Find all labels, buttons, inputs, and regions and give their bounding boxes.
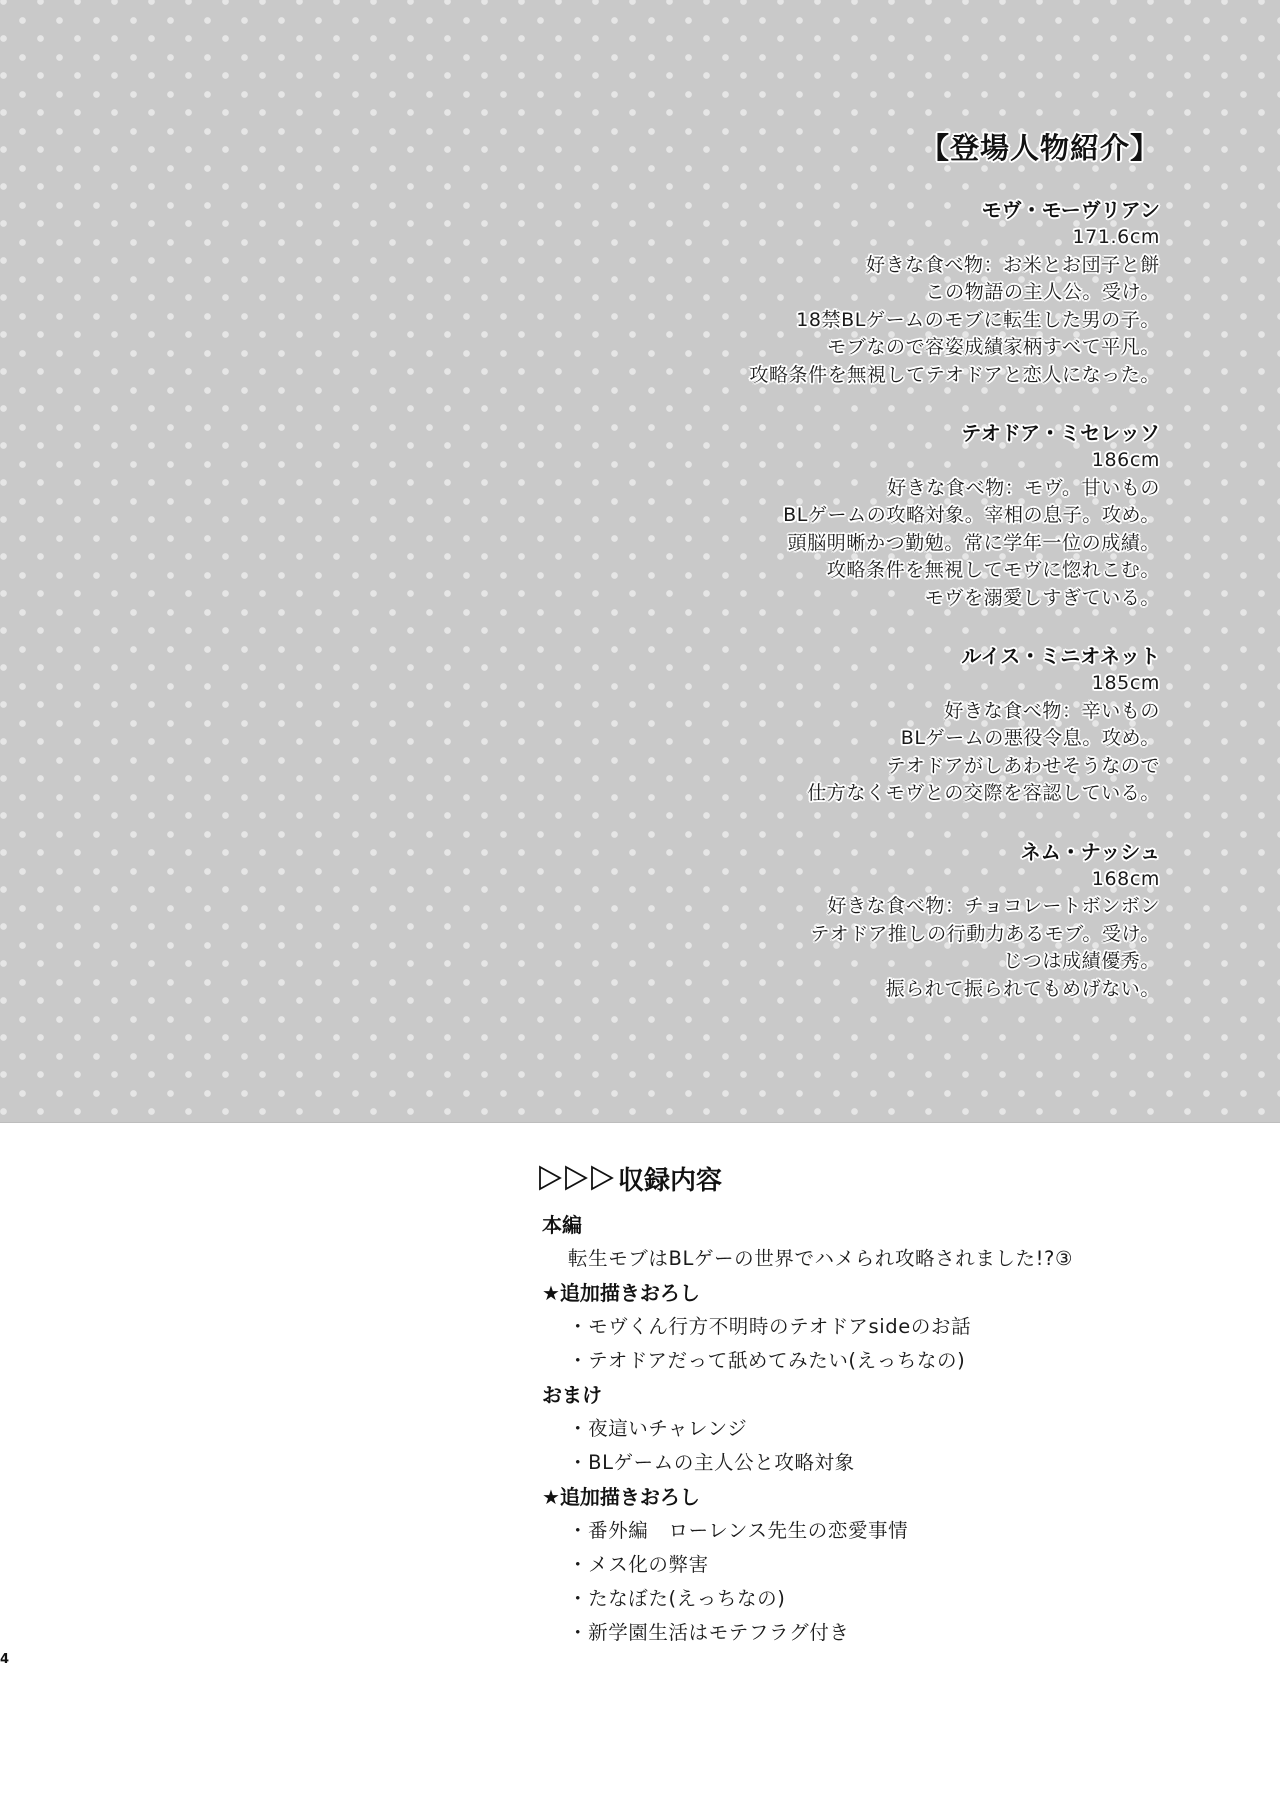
section-label: 本編	[542, 1208, 1073, 1242]
contents-item: ・メス化の弊害	[568, 1548, 1073, 1582]
contents-heading: 収録内容	[538, 1158, 1073, 1198]
character-description-line: 好きな食べ物：チョコレートボンボン	[749, 893, 1160, 921]
character-description-line: 攻略条件を無視してテオドアと恋人になった。	[749, 362, 1160, 390]
character-description-line: BLゲームの悪役令息。攻め。	[749, 725, 1160, 753]
character-description-line: BLゲームの攻略対象。宰相の息子。攻め。	[749, 502, 1160, 530]
contents-title: 収録内容	[618, 1160, 722, 1197]
section-label: おまけ	[542, 1378, 1073, 1412]
character-description-line: じつは成績優秀。	[749, 948, 1160, 976]
character-description-line: 攻略条件を無視してモヴに惚れこむ。	[749, 557, 1160, 585]
right-triangle-icon	[564, 1165, 588, 1191]
character-description-line: モヴを溺愛しすぎている。	[749, 585, 1160, 613]
contents-section-extra-1: ★追加描きおろし ・モヴくん行方不明時のテオドアsideのお話 ・テオドアだって…	[538, 1276, 1073, 1378]
contents-item: ・BLゲームの主人公と攻略対象	[568, 1446, 1073, 1480]
character-name: テオドア・ミセレッソ	[749, 419, 1160, 447]
character-height: 185cm	[749, 670, 1160, 698]
character-nem: ネム・ナッシュ 168cm 好きな食べ物：チョコレートボンボン テオドア推しの行…	[749, 838, 1160, 1004]
character-description-line: テオドアがしあわせそうなので	[749, 753, 1160, 781]
character-description-line: 好きな食べ物：お米とお団子と餅	[749, 252, 1160, 280]
character-description-line: 頭脳明晰かつ勤勉。常に学年一位の成績。	[749, 530, 1160, 558]
section-label: ★追加描きおろし	[542, 1276, 1073, 1310]
characters-heading: 【登場人物紹介】	[749, 128, 1160, 168]
character-description-line: 振られて振られてもめげない。	[749, 976, 1160, 1004]
table-of-contents: 収録内容 本編 転生モブはBLゲーの世界でハメられ攻略されました!?③ ★追加描…	[538, 1158, 1073, 1650]
right-triangle-icon	[590, 1165, 614, 1191]
contents-section-main: 本編 転生モブはBLゲーの世界でハメられ攻略されました!?③	[538, 1208, 1073, 1276]
character-height: 168cm	[749, 866, 1160, 894]
character-description-line: 18禁BLゲームのモブに転生した男の子。	[749, 307, 1160, 335]
character-introductions: 【登場人物紹介】 モヴ・モーヴリアン 171.6cm 好きな食べ物：お米とお団子…	[749, 128, 1160, 1033]
page-number: 4	[0, 1652, 9, 1667]
character-name: ルイス・ミニオネット	[749, 642, 1160, 670]
character-description-line: テオドア推しの行動力あるモブ。受け。	[749, 921, 1160, 949]
section-label: ★追加描きおろし	[542, 1480, 1073, 1514]
contents-item: ・新学園生活はモテフラグ付き	[568, 1616, 1073, 1650]
character-name: ネム・ナッシュ	[749, 838, 1160, 866]
contents-item: ・番外編 ローレンス先生の恋愛事情	[568, 1514, 1073, 1548]
right-triangle-icon	[538, 1165, 562, 1191]
character-name: モヴ・モーヴリアン	[749, 196, 1160, 224]
character-description-line: 好きな食べ物：モヴ。甘いもの	[749, 475, 1160, 503]
character-mov: モヴ・モーヴリアン 171.6cm 好きな食べ物：お米とお団子と餅 この物語の主…	[749, 196, 1160, 389]
contents-item: ・テオドアだって舐めてみたい(えっちなの)	[568, 1344, 1073, 1378]
character-theodore: テオドア・ミセレッソ 186cm 好きな食べ物：モヴ。甘いもの BLゲームの攻略…	[749, 419, 1160, 612]
character-louis: ルイス・ミニオネット 185cm 好きな食べ物：辛いもの BLゲームの悪役令息。…	[749, 642, 1160, 808]
character-description-line: この物語の主人公。受け。	[749, 279, 1160, 307]
character-description-line: 仕方なくモヴとの交際を容認している。	[749, 780, 1160, 808]
contents-section-extra-2: ★追加描きおろし ・番外編 ローレンス先生の恋愛事情 ・メス化の弊害 ・たなぼた…	[538, 1480, 1073, 1650]
contents-item: 転生モブはBLゲーの世界でハメられ攻略されました!?③	[568, 1242, 1073, 1276]
contents-section-bonus: おまけ ・夜這いチャレンジ ・BLゲームの主人公と攻略対象	[538, 1378, 1073, 1480]
contents-item: ・たなぼた(えっちなの)	[568, 1582, 1073, 1616]
character-description-line: 好きな食べ物：辛いもの	[749, 698, 1160, 726]
contents-item: ・夜這いチャレンジ	[568, 1412, 1073, 1446]
character-description-line: モブなので容姿成績家柄すべて平凡。	[749, 334, 1160, 362]
contents-item: ・モヴくん行方不明時のテオドアsideのお話	[568, 1310, 1073, 1344]
character-height: 171.6cm	[749, 224, 1160, 252]
character-height: 186cm	[749, 447, 1160, 475]
